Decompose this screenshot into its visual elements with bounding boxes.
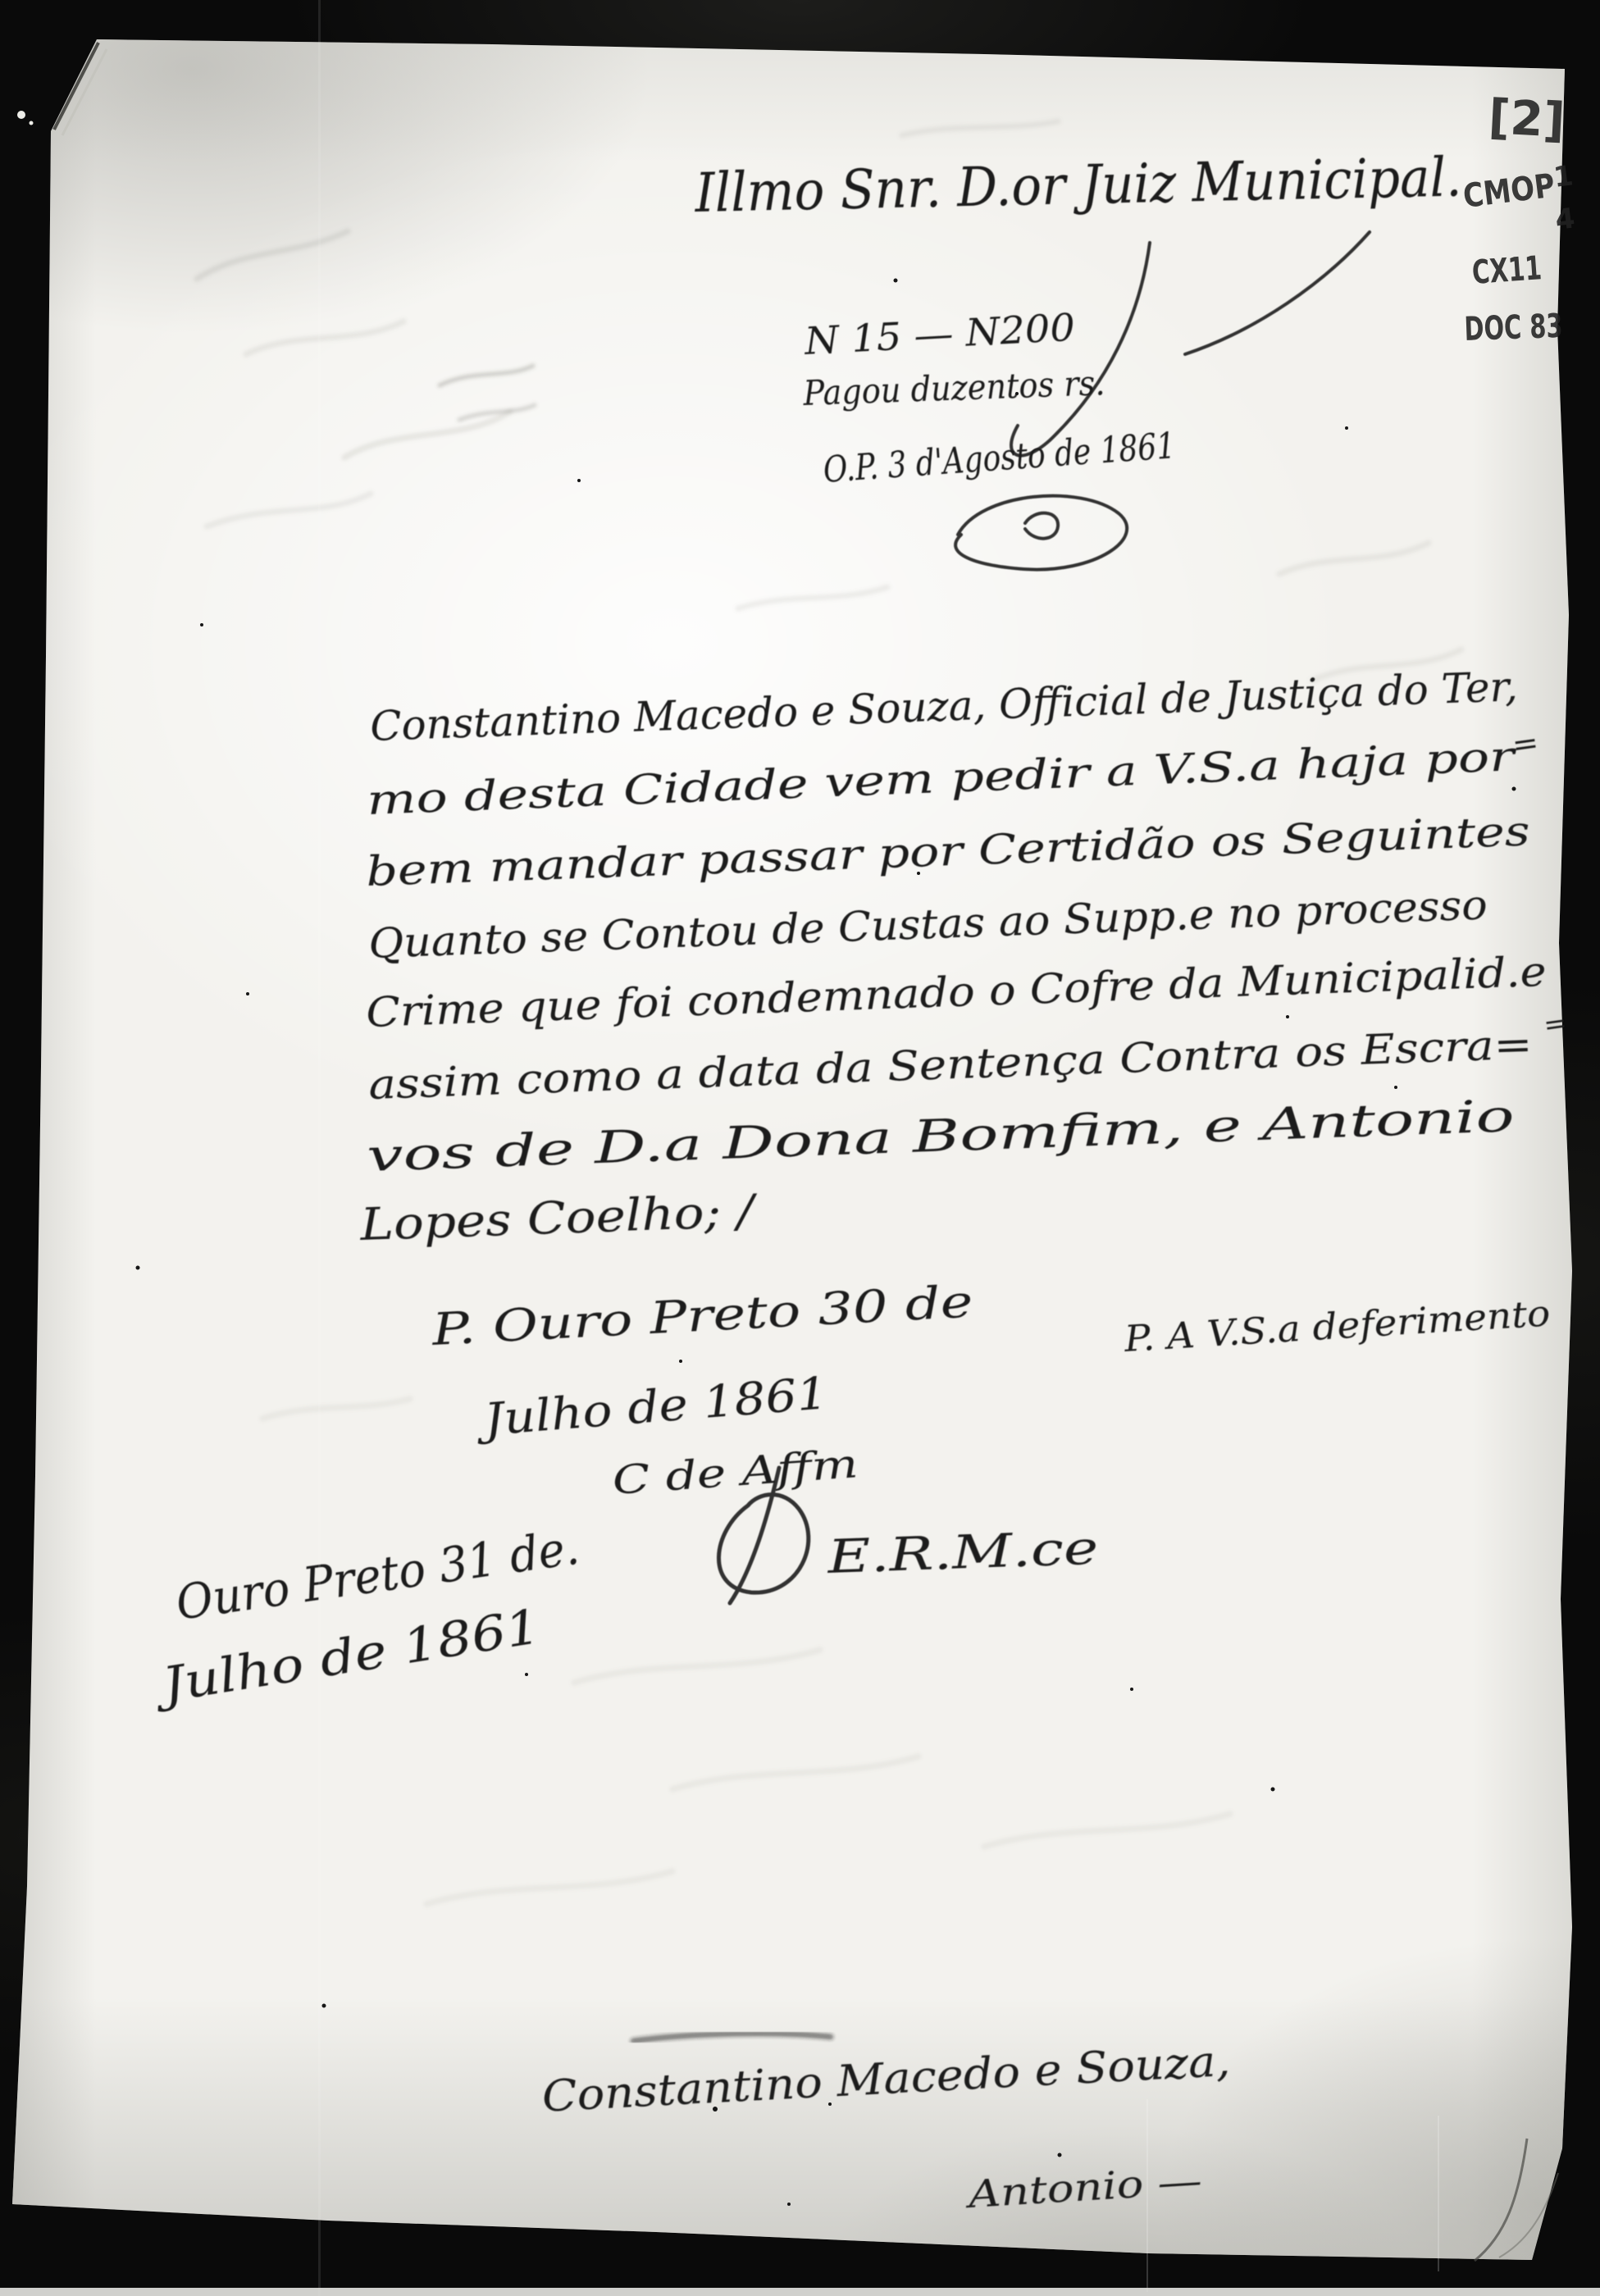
body-line-1-continuation-mark: = (1510, 724, 1541, 763)
secondary-signature: Antonio — (964, 2158, 1203, 2217)
bottom-edge-strip (0, 2288, 1600, 2296)
body-line-2: mo desta Cidade vem pedir a V.S.a haja p… (366, 732, 1518, 824)
principal-signature: Constantino Macedo e Souza, (541, 2037, 1232, 2122)
deferment-line: P. A V.S.a deferimento (1122, 1292, 1551, 1360)
petition-month-line: Julho de 1861 (473, 1367, 830, 1446)
courtesy-formula-erm: E.R.M.ce (826, 1522, 1099, 1585)
body-line-1: Constantino Macedo e Souza, Official de … (369, 663, 1518, 750)
margin-white-speck (17, 111, 25, 119)
body-line-5-continuation-mark: = (1542, 1006, 1570, 1042)
fee-clerk-signature: Lessa (887, 514, 1029, 569)
body-line-3: bem mandar passar por Certidão os Seguin… (365, 807, 1530, 895)
fee-number-line: N 15 — N200 (803, 305, 1076, 363)
petition-place-line: P. Ouro Preto 30 de (430, 1276, 974, 1356)
body-line-7: vos de D.a Dona Bomfim, e Antonio (366, 1090, 1515, 1182)
document-scan: Illmo Snr. D.or Juiz Municipal. N 15 — N… (0, 0, 1600, 2296)
addressee-line: Illmo Snr. D.or Juiz Municipal. (694, 145, 1462, 225)
archival-document-label: DOC 83 (1464, 307, 1564, 348)
archival-collection-code: CMOP (1461, 167, 1557, 216)
body-line-8: Lopes Coelho; / (358, 1185, 759, 1250)
municipal-tail-flourish (1185, 232, 1370, 354)
fee-place-date-line: O.P. 3 d'Agosto de 1861 (822, 425, 1177, 491)
archival-box-label: CX11 (1470, 249, 1543, 292)
archival-annotations: [2] CMOP 1 4 CX11 DOC 83 (1461, 89, 1577, 348)
crease-bottom-right (1475, 2139, 1558, 2261)
closing-paraph-loop (718, 1495, 808, 1593)
signature-ink-smear (633, 2034, 831, 2041)
archival-page-number: [2] (1487, 89, 1566, 148)
archival-fraction-denominator: 4 (1553, 202, 1576, 237)
fee-paid-line: Pagou duzentos rs. (802, 362, 1105, 413)
archival-fraction-numerator: 1 (1552, 159, 1575, 194)
fold-crease-top-left (54, 43, 107, 135)
manuscript-overlay: Illmo Snr. D.or Juiz Municipal. N 15 — N… (0, 0, 1600, 2296)
body-line-4: Quanto se Contou de Custas ao Supp.e no … (367, 881, 1488, 968)
courtesy-note: C de Affm (611, 1441, 859, 1504)
